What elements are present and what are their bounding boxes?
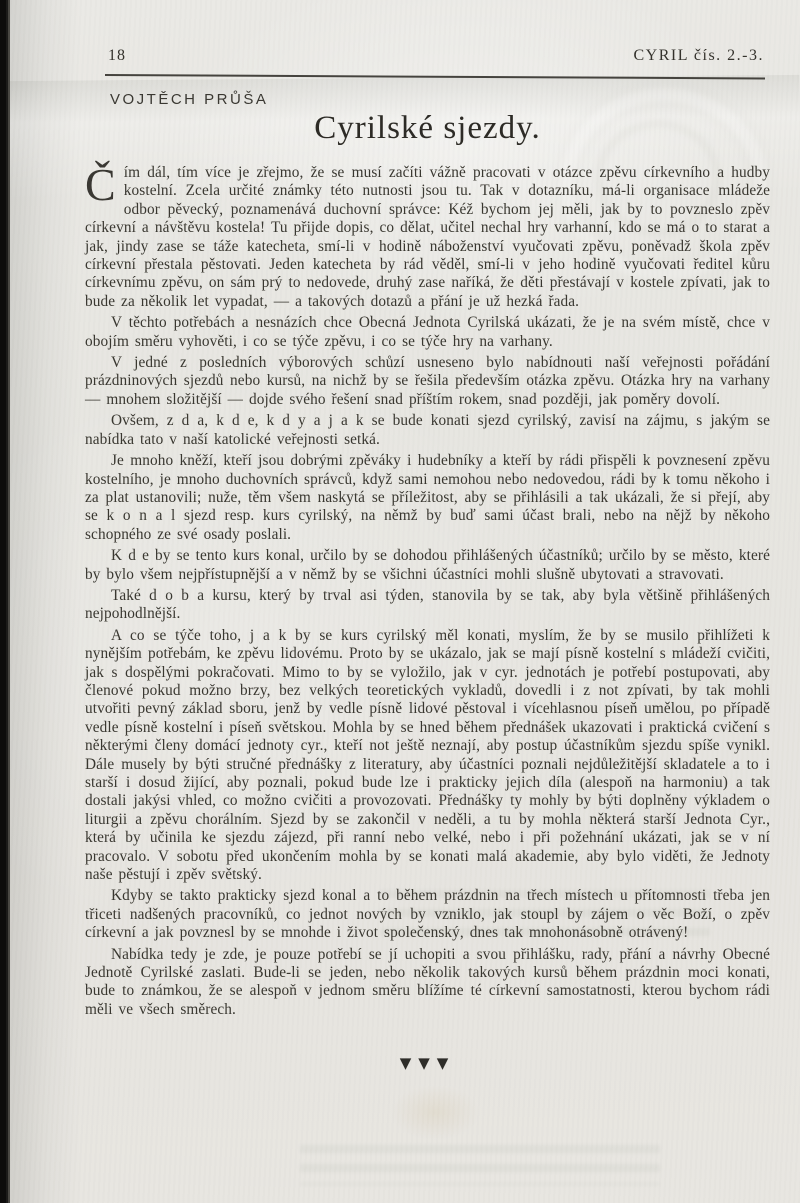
paragraph: Nabídka tedy je zde, je pouze potřebí se… [85,946,770,1020]
article-title: Cyrilské sjezdy. [85,110,770,147]
paragraph: A co se týče toho, j a k by se kurs cyri… [85,627,770,885]
paragraph: V jedné z posledních výborových schůzí u… [85,354,770,409]
drop-cap: Č [85,164,124,202]
author-byline: VOJTĚCH PRŮŠA [110,91,268,108]
paragraph: Čím dál, tím více je zřejmo, že se musí … [85,164,770,311]
journal-issue: CYRIL čís. 2.-3. [633,47,764,65]
paragraph: Ovšem, z d a, k d e, k d y a j a k se bu… [85,412,770,449]
end-ornament: ▼▼▼ [85,1054,770,1072]
paragraph: Také d o b a kursu, který by trval asi t… [85,587,770,624]
paragraph: Je mnoho kněží, kteří jsou dobrými zpěvá… [85,452,770,544]
paragraph: K d e by se tento kurs konal, určilo by … [85,547,770,584]
scan-left-edge [0,0,10,1203]
running-header: 18 CYRIL čís. 2.-3. [108,47,764,65]
scanned-page: 18 CYRIL čís. 2.-3. VOJTĚCH PRŮŠA Cyrils… [0,0,800,1203]
page-number: 18 [108,47,126,65]
article-body: Čím dál, tím více je zřejmo, že se musí … [85,164,770,1019]
paragraph: V těchto potřebách a nesnázích chce Obec… [85,314,770,351]
paragraph: Kdyby se takto prakticky sjezd konal a t… [85,887,770,942]
